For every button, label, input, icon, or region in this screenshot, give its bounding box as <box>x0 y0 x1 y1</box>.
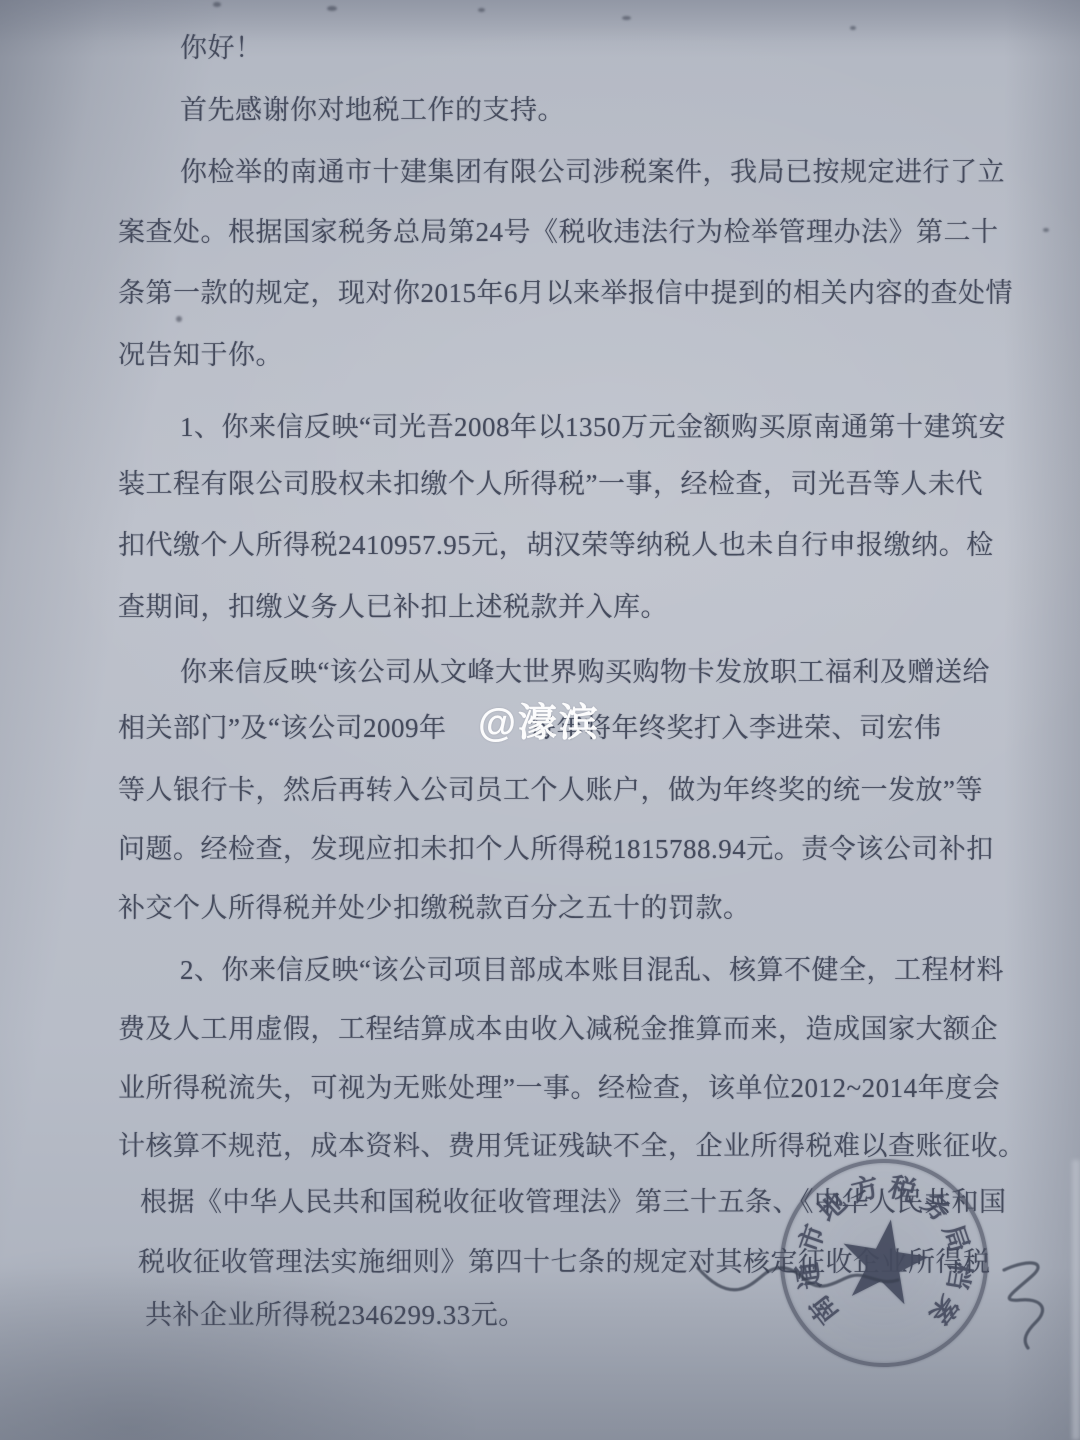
paper-speck <box>850 26 856 30</box>
paper-speck <box>1043 228 1049 232</box>
document-photo: 你好！首先感谢你对地税工作的支持。你检举的南通市十建集团有限公司涉税案件，我局已… <box>0 0 1080 1440</box>
pen-squiggle-left <box>698 1268 898 1290</box>
paper-speck <box>213 2 221 7</box>
paper-speck <box>176 316 182 322</box>
paper-speck <box>478 8 485 12</box>
pen-squiggle-right <box>1004 1263 1043 1348</box>
pen-marks <box>0 0 1080 1440</box>
paper-speck <box>327 6 337 11</box>
paper-speck <box>622 16 631 20</box>
